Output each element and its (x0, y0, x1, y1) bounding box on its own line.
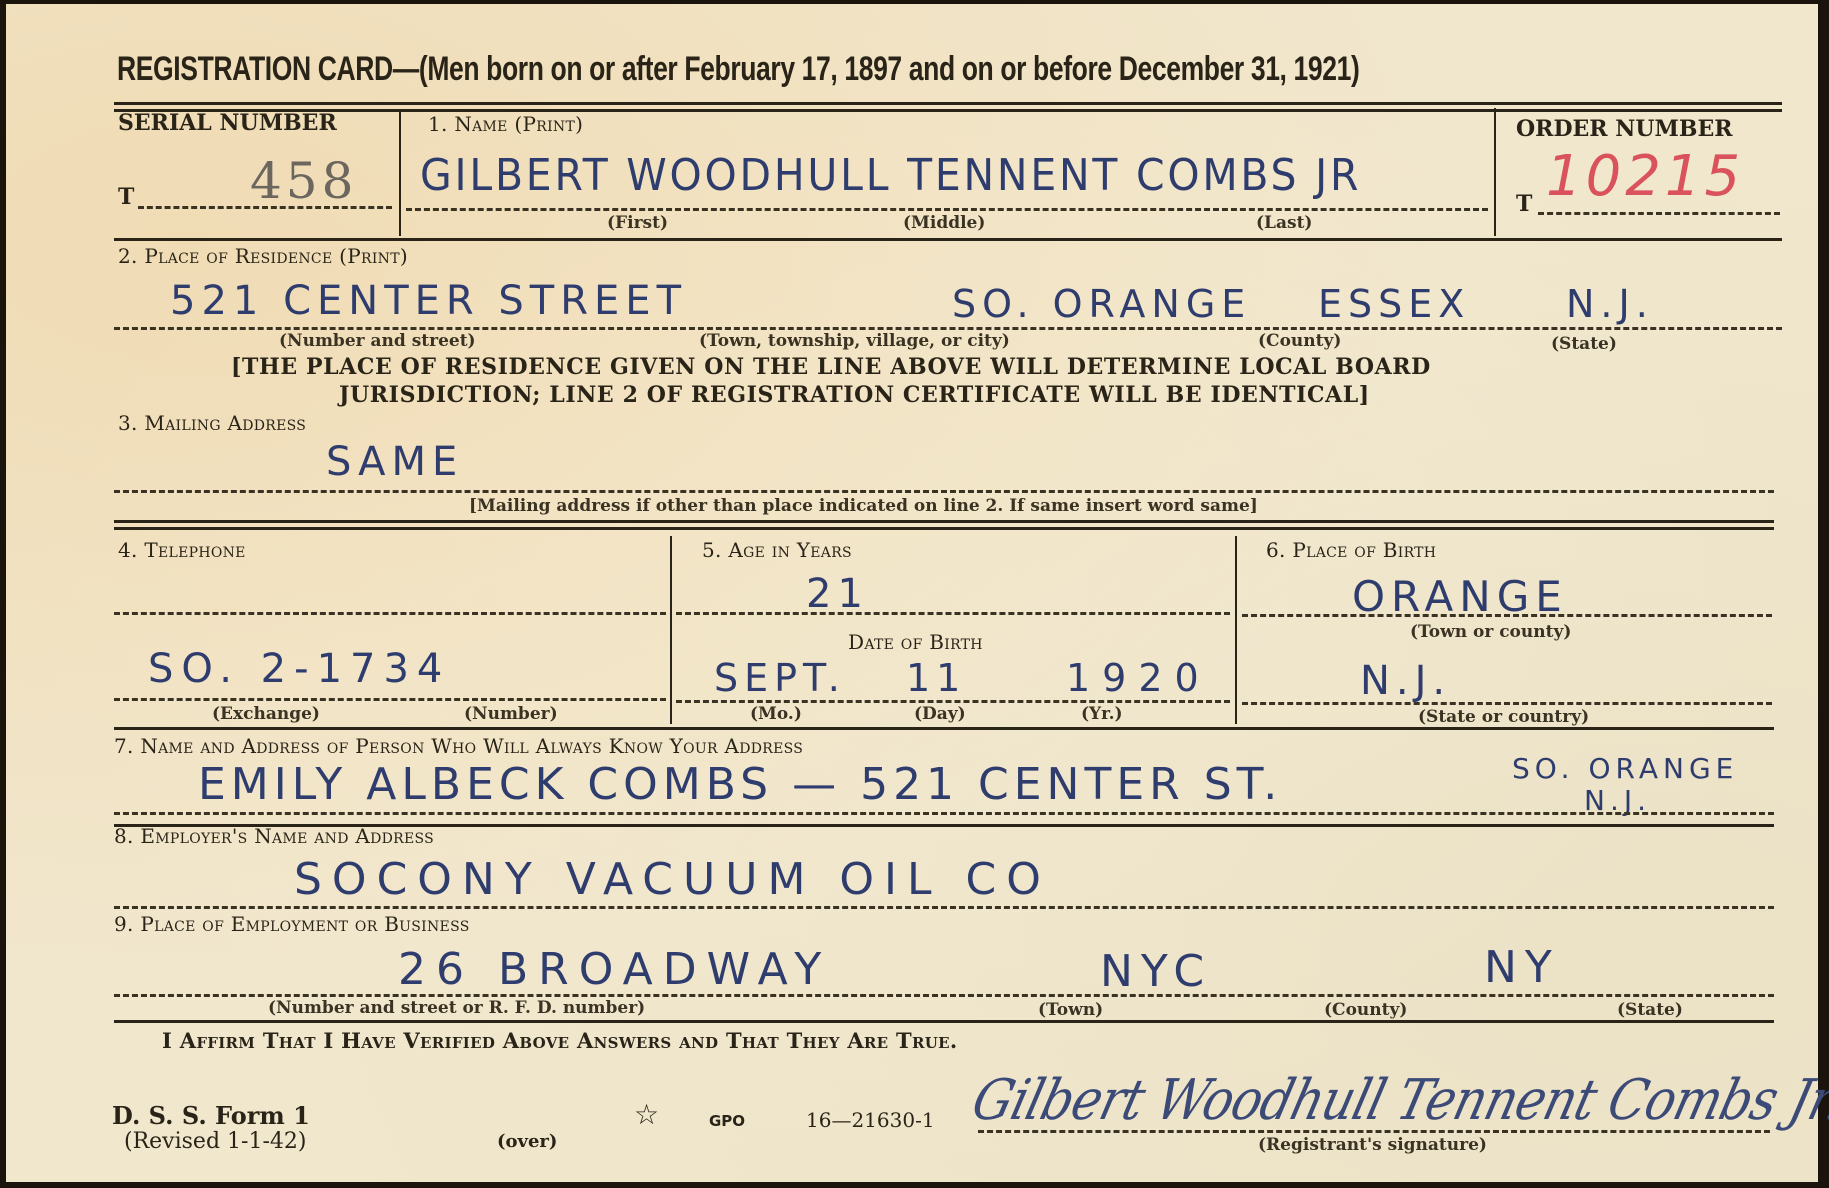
signature-label: (Registrant's signature) (1258, 1135, 1487, 1155)
residence-dotted-line (114, 327, 1782, 330)
mailing-dotted-line (114, 490, 1774, 493)
residence-town: SO. ORANGE (952, 282, 1251, 326)
serial-prefix: T (118, 184, 134, 210)
print-code: 16—21630-1 (806, 1108, 935, 1132)
residence-notice-line-1: [THE PLACE OF RESIDENCE GIVEN ON THE LIN… (231, 354, 1431, 380)
order-number-value: 10215 (1546, 144, 1744, 209)
rule-1 (114, 238, 1782, 241)
residence-label: 2. Place of Residence (Print) (118, 244, 408, 268)
dob-dotted-line (676, 700, 1230, 703)
registrant-signature: Gilbert Woodhull Tennent Combs Jr. (966, 1068, 1829, 1133)
name-label: 1. Name (Print) (428, 112, 583, 136)
age-value: 21 (806, 571, 869, 617)
residence-county: ESSEX (1318, 282, 1470, 326)
residence-sub-state: (State) (1551, 334, 1617, 354)
birthplace-sub-state: (State or country) (1418, 707, 1589, 727)
telephone-sub-number: (Number) (464, 704, 558, 724)
mailing-label: 3. Mailing Address (118, 411, 306, 435)
serial-number-value: 458 (250, 152, 357, 210)
card-title: REGISTRATION CARD—(Men born on or after … (117, 50, 1359, 89)
employment-street: 26 BROADWAY (398, 944, 831, 995)
employment-sub-street: (Number and street or R. F. D. number) (268, 998, 645, 1018)
order-divider (1494, 108, 1496, 236)
affirmation-text: I Affirm That I Have Verified Above Answ… (162, 1028, 957, 1053)
contact-extra-line-1: SO. ORANGE (1512, 752, 1738, 785)
signature-dotted-line (978, 1130, 1770, 1133)
age-label: 5. Age in Years (702, 538, 852, 562)
order-prefix: T (1516, 191, 1532, 217)
form-number: D. S. S. Form 1 (112, 1101, 310, 1130)
registration-card: REGISTRATION CARD—(Men born on or after … (6, 4, 1818, 1182)
age-dotted-line (676, 612, 1230, 615)
employment-sub-town: (Town) (1038, 1000, 1103, 1020)
age-birth-divider (1235, 536, 1237, 724)
employment-dotted-line (114, 994, 1774, 997)
order-dotted-line (1538, 212, 1780, 215)
form-revised: (Revised 1-1-42) (124, 1129, 306, 1154)
employer-label: 8. Employer's Name and Address (114, 824, 434, 848)
employment-place-label: 9. Place of Employment or Business (114, 912, 470, 936)
over-note: (over) (497, 1131, 557, 1152)
contact-dotted-line (114, 812, 1774, 815)
residence-sub-town: (Town, township, village, or city) (699, 331, 1010, 351)
star-icon: ☆ (634, 1098, 659, 1131)
dob-month: SEPT. (714, 656, 846, 700)
rule-4 (114, 1020, 1774, 1023)
mailing-note: [Mailing address if other than place ind… (469, 496, 1258, 516)
residence-sub-street: (Number and street) (279, 331, 476, 351)
telephone-sub-exchange: (Exchange) (212, 704, 320, 724)
telephone-age-divider (670, 536, 672, 724)
residence-street: 521 CENTER STREET (170, 278, 687, 324)
name-sub-first: (First) (607, 213, 668, 233)
employer-value: SOCONY VACUUM OIL CO (294, 854, 1051, 905)
residence-state: N.J. (1566, 282, 1654, 326)
serial-divider (399, 110, 401, 236)
top-double-rule (114, 102, 1782, 112)
employment-sub-county: (County) (1324, 1000, 1407, 1020)
gpo-mark: GPO (709, 1112, 745, 1130)
dob-sub-year: (Yr.) (1081, 704, 1123, 724)
contact-label: 7. Name and Address of Person Who Will A… (114, 734, 803, 758)
birthplace-state: N.J. (1360, 658, 1451, 704)
order-number-label: ORDER NUMBER (1516, 116, 1733, 142)
birthplace-dotted-line-1 (1242, 614, 1772, 617)
rule-2 (114, 727, 1774, 730)
employment-town: NYC (1100, 946, 1212, 997)
employment-state: NY (1484, 942, 1560, 993)
residence-sub-county: (County) (1258, 331, 1341, 351)
mailing-value: SAME (326, 439, 463, 485)
dob-sub-day: (Day) (914, 704, 966, 724)
serial-dotted-line (138, 206, 392, 209)
employment-sub-state: (State) (1617, 1000, 1683, 1020)
mid-double-rule (114, 520, 1774, 530)
serial-number-label: SERIAL NUMBER (118, 110, 337, 136)
name-dotted-line (406, 208, 1488, 211)
telephone-label: 4. Telephone (118, 538, 246, 562)
telephone-dotted-line-2 (114, 698, 666, 701)
dob-sub-month: (Mo.) (750, 704, 802, 724)
birthplace-label: 6. Place of Birth (1266, 538, 1436, 562)
dob-year: 1920 (1066, 656, 1211, 700)
name-sub-last: (Last) (1256, 213, 1312, 233)
birthplace-dotted-line-2 (1242, 702, 1772, 705)
telephone-dotted-line-1 (114, 612, 666, 615)
birthplace-sub-town: (Town or county) (1410, 622, 1571, 642)
contact-value: EMILY ALBECK COMBS — 521 CENTER ST. (198, 759, 1282, 810)
dob-label: Date of Birth (848, 630, 983, 654)
employer-dotted-line (114, 906, 1774, 909)
dob-day: 11 (906, 656, 966, 700)
telephone-value: SO. 2-1734 (148, 646, 450, 692)
name-value: GILBERT WOODHULL TENNENT COMBS JR (420, 150, 1361, 201)
name-sub-middle: (Middle) (903, 213, 985, 233)
residence-notice-line-2: JURISDICTION; LINE 2 OF REGISTRATION CER… (339, 382, 1370, 408)
